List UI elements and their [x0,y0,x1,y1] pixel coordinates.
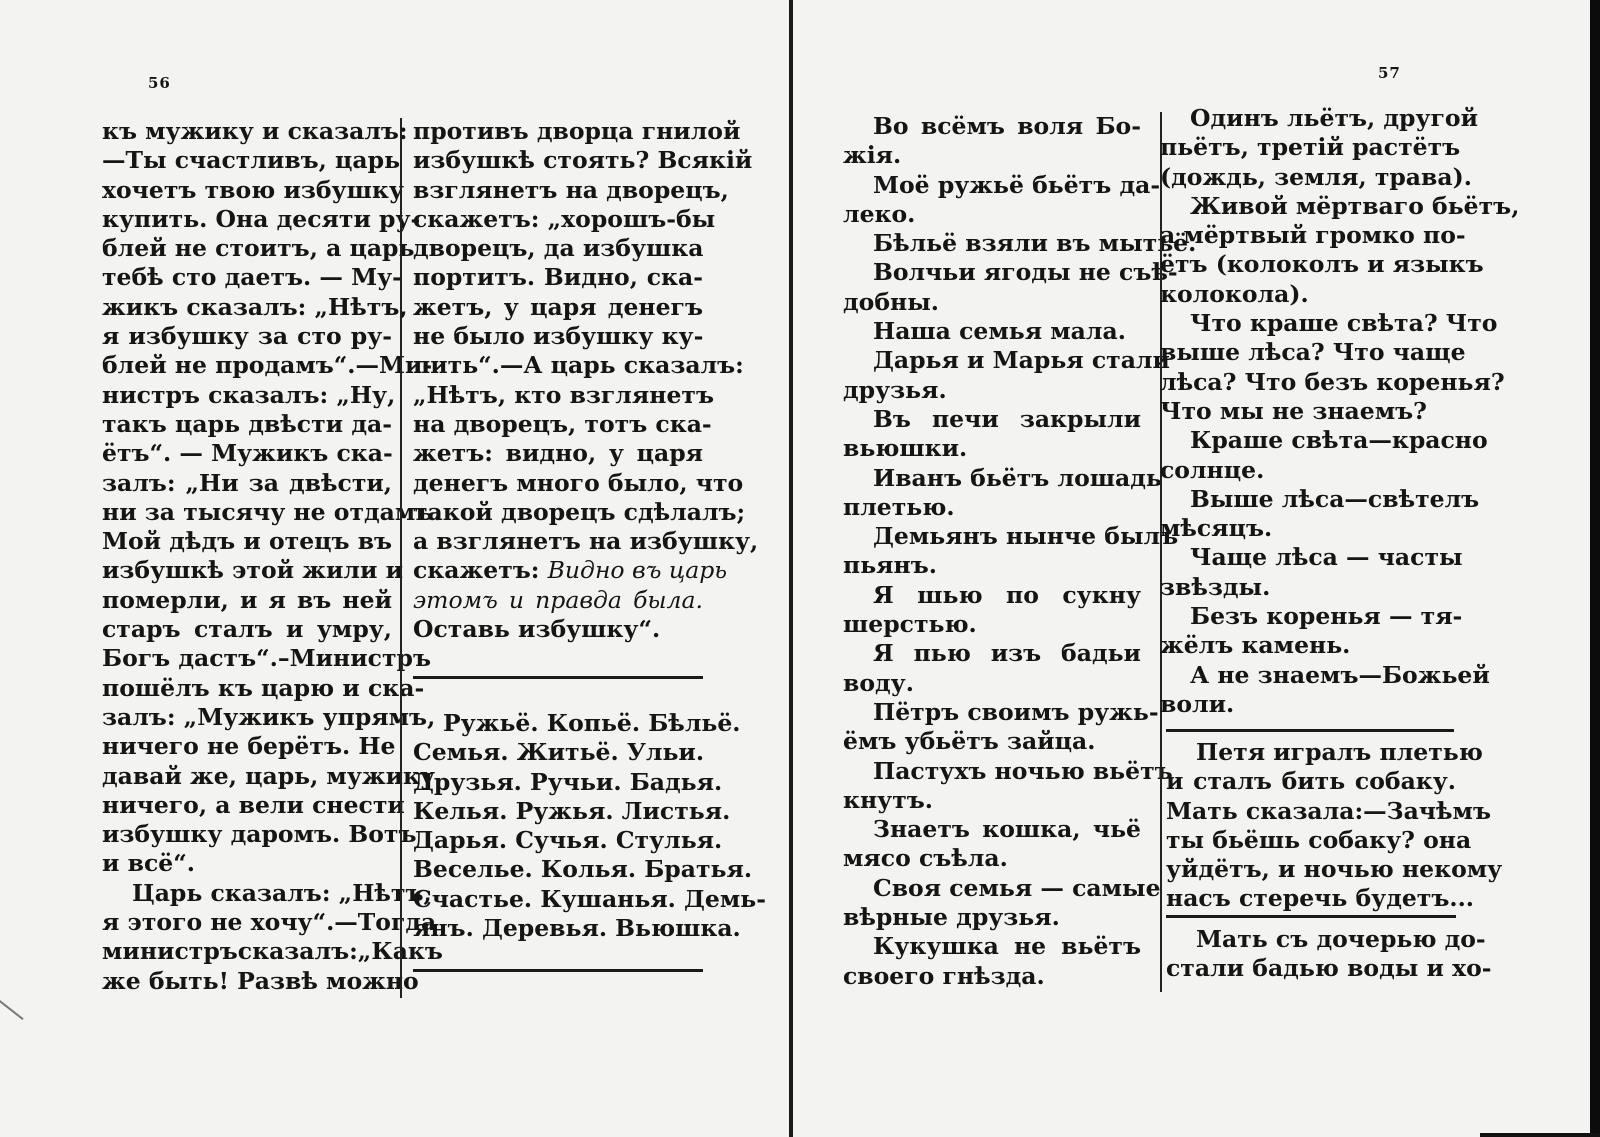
riddle-line: Выше лѣса—свѣтелъ [1160,485,1452,514]
word-list: Ружьё. Копьё. Бѣльё.Семья. Житьё. Ульи.Д… [413,709,703,943]
text-line: пить“.—А царь сказалъ: [413,351,703,380]
word-list-line: Ружьё. Копьё. Бѣльё. [413,709,703,738]
riddle-line: выше лѣса? Что чаще [1160,338,1452,367]
sentence-line: кнутъ. [843,786,1141,815]
text-line: противъ дворца гнилой [413,117,703,146]
book-spread: 56 къ мужику и сказалъ:—Ты счастливъ, ца… [0,0,1600,1137]
text-line: Мой дѣдъ и отецъ въ [102,527,392,556]
sentence-line: Пётръ своимъ ружь- [843,698,1141,727]
story-closing-line: Оставь избушку“. [413,615,703,644]
section-divider-right-2 [1166,915,1456,918]
text-line: портитъ. Видно, ска- [413,263,703,292]
text-line: такъ царь двѣсти да- [102,410,392,439]
left-page-column-2: противъ дворца гнилойизбушкѣ стоять? Вся… [413,117,703,644]
text-line: и сталъ бить собаку. [1166,767,1456,796]
text-line: Мать сказала:—Зачѣмъ [1166,797,1456,826]
sentence-line: Волчьи ягоды не съѣ- [843,258,1141,287]
sentence-line: Знаетъ кошка, чьё [843,815,1141,844]
text-line: скажетъ: „хорошъ-бы [413,205,703,234]
text-line: нистръ сказалъ: „Ну, [102,381,392,410]
sentence-line: добны. [843,288,1141,317]
sentence-line: жія. [843,141,1141,170]
word-list-line: Друзья. Ручьи. Бадья. [413,768,703,797]
text-line: я этого не хочу“.—Тогда [102,908,392,937]
sentence-line: шерстью. [843,610,1141,639]
riddle-line: Безъ коренья — тя- [1160,602,1452,631]
text-line: насъ стеречь будетъ... [1166,884,1456,913]
text-line: залъ: „Мужикъ упрямъ, [102,703,392,732]
text-line: избушкѣ стоять? Всякій [413,146,703,175]
sentence-line: пьянъ. [843,551,1141,580]
sentence-line: Во всёмъ воля Бо- [843,112,1141,141]
sentence-line: своего гнѣзда. [843,962,1141,991]
text-line: ни за тысячу не отдамъ. [102,498,392,527]
text-line: блей не стоитъ, а царь [102,234,392,263]
text-line: ничего, а вели снести [102,791,392,820]
riddle-line: ётъ (колоколъ и языкъ [1160,250,1452,279]
text-line: ётъ“. — Мужикъ ска- [102,439,392,468]
riddle-line: солнце. [1160,456,1452,485]
text-line: —Ты счастливъ, царь [102,146,392,175]
riddle-line: (дождь, земля, трава). [1160,163,1452,192]
riddle-line: пьётъ, третій растётъ [1160,133,1452,162]
section-divider-left-2 [413,969,703,972]
italic-phrase: Видно въ царь [548,556,727,584]
sentence-line: Бѣльё взяли въ мытьё. [843,229,1141,258]
sentence-line: Моё ружьё бьётъ да- [843,171,1141,200]
sentence-line: Я пью изъ бадьи [843,639,1141,668]
text-line: избушкѣ этой жили и [102,556,392,585]
story-line-italic-1: скажетъ: Видно въ царь [413,556,703,585]
text-line: ты бьёшь собаку? она [1166,826,1456,855]
riddle-line: лѣса? Что безъ коренья? [1160,368,1452,397]
sentence-line: друзья. [843,376,1141,405]
text-line: къ мужику и сказалъ: [102,117,392,146]
text-line: Мать съ дочерью до- [1166,925,1456,954]
text-line: взглянетъ на дворецъ, [413,176,703,205]
riddle-line: Живой мёртваго бьётъ, [1160,192,1452,221]
text-line: и всё“. [102,849,392,878]
riddles-section: Одинъ льётъ, другойпьётъ, третій растётъ… [1160,104,1452,719]
sentence-line: плетью. [843,493,1141,522]
word-list-line: янъ. Деревья. Вьюшка. [413,914,703,943]
story-continuation: противъ дворца гнилойизбушкѣ стоять? Вся… [413,117,703,556]
section-divider-right-1 [1166,729,1454,732]
text-line: такой дворецъ сдѣлалъ; [413,498,703,527]
section-divider-left-1 [413,676,703,679]
sentence-line: мясо съѣла. [843,844,1141,873]
text-line: дворецъ, да избушка [413,234,703,263]
text-line: Богъ дастъ“.–Министръ [102,644,392,673]
text-line: министръсказалъ:„Какъ [102,937,392,966]
riddle-line: А не знаемъ—Божьей [1160,661,1452,690]
riddle-line: Одинъ льётъ, другой [1160,104,1452,133]
text-line: же быть! Развѣ можно [102,967,392,996]
story-petya: Петя игралъ плетьюи сталъ бить собаку.Ма… [1166,738,1456,914]
word-list-line: Дарья. Сучья. Стулья. [413,826,703,855]
text-line: жетъ, у царя денегъ [413,293,703,322]
page-number-right: 57 [1378,64,1401,82]
text-line: „Нѣтъ, кто взглянетъ [413,381,703,410]
left-page-column-divider [400,118,402,998]
riddle-line: Чаще лѣса — часты [1160,543,1452,572]
text-line: жетъ: видно, у царя [413,439,703,468]
riddle-line: звѣзды. [1160,573,1452,602]
paper-crease [0,1000,24,1020]
scan-bottom-edge [1480,1133,1600,1137]
word-list-line: Келья. Ружья. Листья. [413,797,703,826]
text-line: стали бадью воды и хо- [1166,954,1456,983]
sentence-line: Кукушка не вьётъ [843,932,1141,961]
riddle-line: Краше свѣта—красно [1160,426,1452,455]
text-line: хочетъ твою избушку [102,176,392,205]
text-line: а взглянетъ на избушку, [413,527,703,556]
riddle-line: Что краше свѣта? Что [1160,309,1452,338]
story-line-italic-2: этомъ и правда была. [413,586,703,615]
text-line: померли, и я въ ней [102,586,392,615]
text-line: жикъ сказалъ: „Нѣтъ, [102,293,392,322]
text-line: давай же, царь, мужику [102,762,392,791]
page-number-left: 56 [148,74,171,92]
sentence-line: Дарья и Марья стали [843,346,1141,375]
text-line: уйдётъ, и ночью некому [1166,855,1456,884]
riddle-line: колокола). [1160,280,1452,309]
sentence-line: Демьянъ нынче былъ [843,522,1141,551]
sentence-line: вьюшки. [843,434,1141,463]
sentence-line: Я шью по сукну [843,581,1141,610]
sentence-line: Въ печи закрыли [843,405,1141,434]
sentence-line: воду. [843,669,1141,698]
text-line: избушку даромъ. Вотъ [102,820,392,849]
sentence-line: Наша семья мала. [843,317,1141,346]
story-mother-daughter: Мать съ дочерью до-стали бадью воды и хо… [1166,925,1456,984]
text-line: я избушку за сто ру- [102,322,392,351]
word-list-line: Веселье. Колья. Братья. [413,855,703,884]
text-line: блей не продамъ“.—Ми- [102,351,392,380]
text-line: на дворецъ, тотъ ска- [413,410,703,439]
word-list-line: Семья. Житьё. Ульи. [413,738,703,767]
book-gutter [789,0,793,1137]
text-line: старъ сталъ и умру, [102,615,392,644]
text-line: тебѣ сто даетъ. — Му- [102,263,392,292]
left-page-column-1: къ мужику и сказалъ:—Ты счастливъ, царьх… [102,117,392,996]
riddle-line: а мёртвый громко по- [1160,221,1452,250]
text-line: пошёлъ къ царю и ска- [102,674,392,703]
text-line: купить. Она десяти ру- [102,205,392,234]
text-line: залъ: „Ни за двѣсти, [102,469,392,498]
text-line: Петя игралъ плетью [1166,738,1456,767]
text-line: Царь сказалъ: „Нѣтъ, [102,879,392,908]
sentence-line: Пастухъ ночью вьётъ [843,757,1141,786]
sentence-line: Иванъ бьётъ лошадь [843,464,1141,493]
text-line: не было избушку ку- [413,322,703,351]
word-list-line: Счастье. Кушанья. Демь- [413,885,703,914]
riddle-line: мѣсяцъ. [1160,514,1452,543]
text-line: денегъ много было, что [413,469,703,498]
riddle-line: Что мы не знаемъ? [1160,397,1452,426]
right-page-column-1: Во всёмъ воля Бо-жія.Моё ружьё бьётъ да-… [843,112,1141,991]
scan-right-edge [1590,0,1600,1137]
riddle-line: жёлъ камень. [1160,631,1452,660]
sentence-line: ёмъ убьётъ зайца. [843,727,1141,756]
text-line: ничего не берётъ. Не [102,732,392,761]
riddle-line: воли. [1160,690,1452,719]
sentence-line: вѣрные друзья. [843,903,1141,932]
sentence-line: Своя семья — самые [843,874,1141,903]
sentence-line: леко. [843,200,1141,229]
